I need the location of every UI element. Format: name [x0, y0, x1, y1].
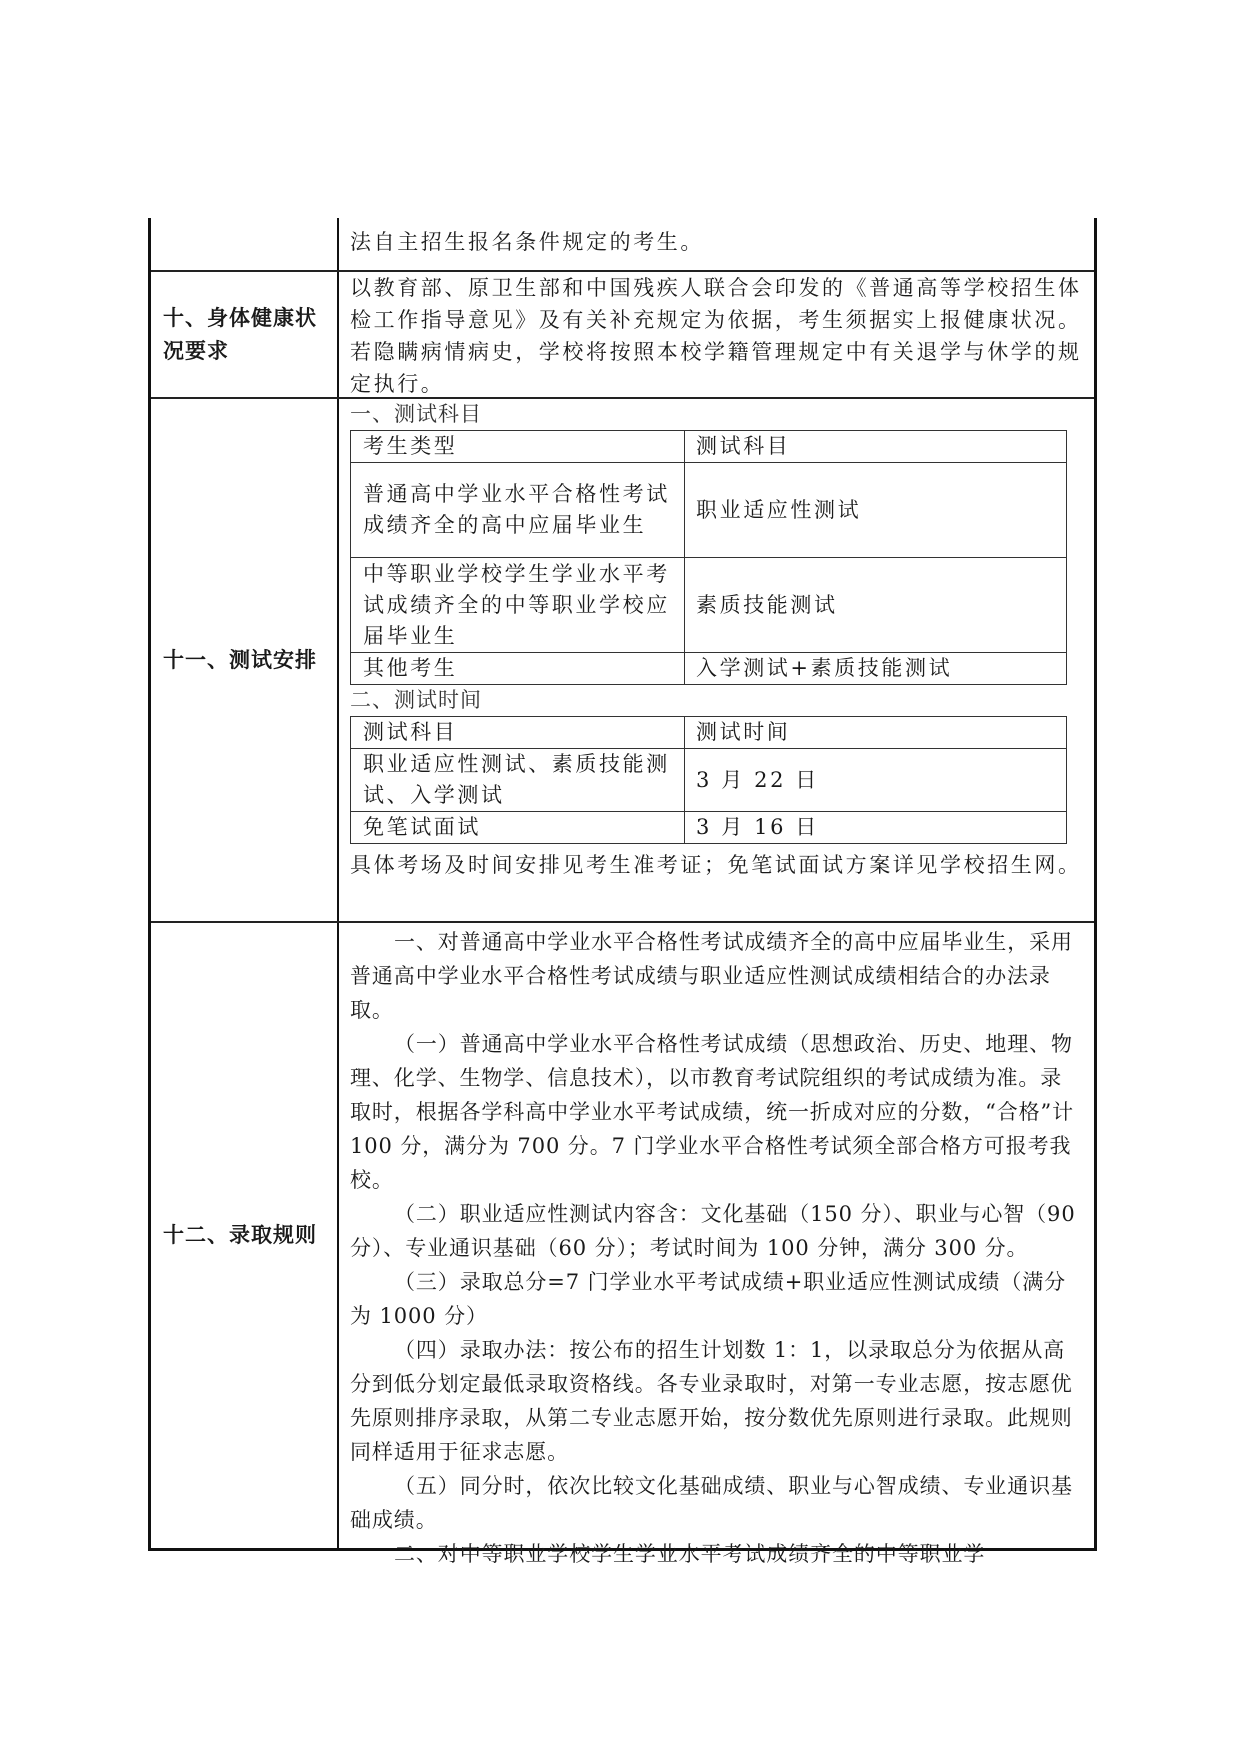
table-cell: 职业适应性测试、素质技能测试、入学测试	[351, 749, 685, 812]
section-title-test-time: 二、测试时间	[350, 685, 1084, 716]
table-row-admission-rules: 十二、录取规则 一、对普通高中学业水平合格性考试成绩齐全的高中应届毕业生，采用普…	[151, 921, 1094, 1548]
table-cell: 普通高中学业水平合格性考试成绩齐全的高中应届毕业生	[351, 463, 685, 558]
table-cell: 职业适应性测试	[685, 463, 1067, 558]
table-row: 职业适应性测试、素质技能测试、入学测试 3 月 22 日	[351, 749, 1067, 812]
table-row: 其他考生 入学测试+素质技能测试	[351, 653, 1067, 685]
table-cell: 其他考生	[351, 653, 685, 685]
row-content: 法自主招生报名条件规定的考生。	[339, 218, 1094, 270]
table-row: 中等职业学校学生学业水平考试成绩齐全的中等职业学校应届毕业生 素质技能测试	[351, 558, 1067, 653]
rule-paragraph: （三）录取总分=7 门学业水平考试成绩+职业适应性测试成绩（满分为 1000 分…	[350, 1265, 1084, 1333]
table-cell: 3 月 22 日	[685, 749, 1067, 812]
column-header: 考生类型	[351, 431, 685, 463]
rule-paragraph: 一、对普通高中学业水平合格性考试成绩齐全的高中应届毕业生，采用普通高中学业水平合…	[350, 925, 1084, 1027]
table-header-row: 考生类型 测试科目	[351, 431, 1067, 463]
rule-paragraph: （四）录取办法：按公布的招生计划数 1：1，以录取总分为依据从高分到低分划定最低…	[350, 1333, 1084, 1469]
row-content: 以教育部、原卫生部和中国残疾人联合会印发的《普通高等学校招生体检工作指导意见》及…	[339, 272, 1094, 397]
column-header: 测试科目	[351, 717, 685, 749]
rule-paragraph: （一）普通高中学业水平合格性考试成绩（思想政治、历史、地理、物理、化学、生物学、…	[350, 1027, 1084, 1197]
document-page: 法自主招生报名条件规定的考生。 十、身体健康状况要求 以教育部、原卫生部和中国残…	[0, 0, 1240, 1754]
table-row-health-requirements: 十、身体健康状况要求 以教育部、原卫生部和中国残疾人联合会印发的《普通高等学校招…	[151, 270, 1094, 397]
column-header: 测试时间	[685, 717, 1067, 749]
table-row: 免笔试面试 3 月 16 日	[351, 812, 1067, 844]
admission-info-table: 法自主招生报名条件规定的考生。 十、身体健康状况要求 以教育部、原卫生部和中国残…	[148, 218, 1097, 1551]
row-content: 一、测试科目 考生类型 测试科目 普通高中学业水平合格性考试成绩齐全的高中应届毕…	[339, 399, 1094, 921]
table-header-row: 测试科目 测试时间	[351, 717, 1067, 749]
table-row: 普通高中学业水平合格性考试成绩齐全的高中应届毕业生 职业适应性测试	[351, 463, 1067, 558]
rule-paragraph: （二）职业适应性测试内容含：文化基础（150 分）、职业与心智（90 分）、专业…	[350, 1197, 1084, 1265]
table-cell: 免笔试面试	[351, 812, 685, 844]
test-schedule-table: 测试科目 测试时间 职业适应性测试、素质技能测试、入学测试 3 月 22 日 免…	[350, 716, 1067, 844]
column-header: 测试科目	[685, 431, 1067, 463]
table-cell: 素质技能测试	[685, 558, 1067, 653]
table-cell: 入学测试+素质技能测试	[685, 653, 1067, 685]
table-row-test-arrangement: 十一、测试安排 一、测试科目 考生类型 测试科目 普通高中学业水平合格性考试成绩…	[151, 397, 1094, 921]
section-title-test-subjects: 一、测试科目	[350, 399, 1084, 430]
rule-paragraph: （五）同分时，依次比较文化基础成绩、职业与心智成绩、专业通识基础成绩。	[350, 1469, 1084, 1537]
row-label: 十二、录取规则	[151, 923, 339, 1548]
row-content: 一、对普通高中学业水平合格性考试成绩齐全的高中应届毕业生，采用普通高中学业水平合…	[339, 923, 1094, 1548]
table-cell: 3 月 16 日	[685, 812, 1067, 844]
row-label	[151, 218, 339, 270]
row-label: 十、身体健康状况要求	[151, 272, 339, 397]
test-arrangement-note: 具体考场及时间安排见考生准考证；免笔试面试方案详见学校招生网。	[350, 848, 1084, 882]
row-label: 十一、测试安排	[151, 399, 339, 921]
table-row-continuation: 法自主招生报名条件规定的考生。	[151, 218, 1094, 270]
table-cell: 中等职业学校学生学业水平考试成绩齐全的中等职业学校应届毕业生	[351, 558, 685, 653]
rule-paragraph: 二、对中等职业学校学生学业水平考试成绩齐全的中等职业学	[350, 1537, 1084, 1571]
test-subjects-table: 考生类型 测试科目 普通高中学业水平合格性考试成绩齐全的高中应届毕业生 职业适应…	[350, 430, 1067, 685]
